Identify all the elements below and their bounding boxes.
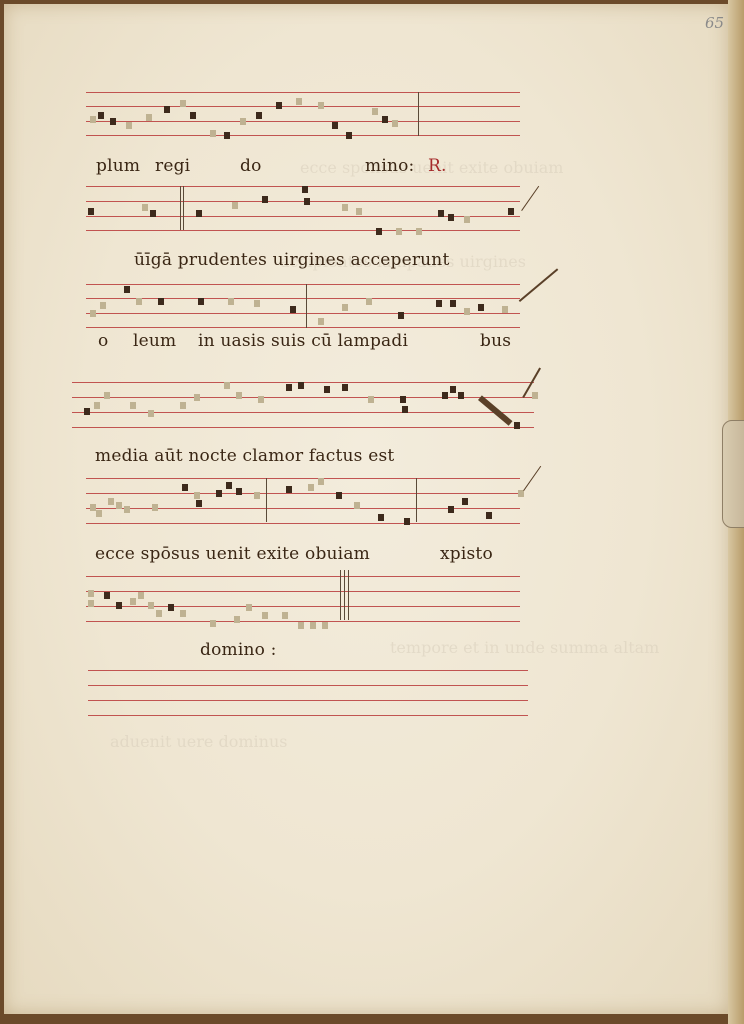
empty-music-stave <box>88 670 528 714</box>
music-stave <box>86 92 520 136</box>
lyric-syllable: mino: <box>365 156 414 176</box>
lyric-syllable: in uasis suis cū lampadi <box>198 331 408 351</box>
lyric-line: ūīgā prudentes uirgines acceperunt <box>134 250 449 270</box>
lyric-line: media aūt nocte clamor factus est <box>95 446 394 466</box>
music-stave <box>86 576 520 620</box>
lyric-syllable: leum <box>133 331 176 351</box>
folio-number: 65 <box>705 14 724 32</box>
music-stave <box>86 478 520 522</box>
rubric-response-marker: R. <box>428 156 447 176</box>
lyric-line: domino : <box>200 640 277 660</box>
show-through-text: aduenit uere dominus <box>110 732 287 751</box>
show-through-text: tempore et in unde summa altam <box>390 638 659 657</box>
music-stave <box>72 382 534 426</box>
lyric-syllable: o <box>98 331 108 351</box>
lyric-syllable: regi <box>155 156 190 176</box>
music-stave <box>86 284 520 328</box>
page-tab-marker <box>722 420 744 528</box>
music-stave <box>86 186 520 230</box>
lyric-syllable: plum <box>96 156 140 176</box>
lyric-syllable: do <box>240 156 262 176</box>
lyric-syllable: xpisto <box>440 544 493 564</box>
lyric-syllable: bus <box>480 331 511 351</box>
lyric-syllable: ecce spōsus uenit exite obuiam <box>95 544 370 564</box>
